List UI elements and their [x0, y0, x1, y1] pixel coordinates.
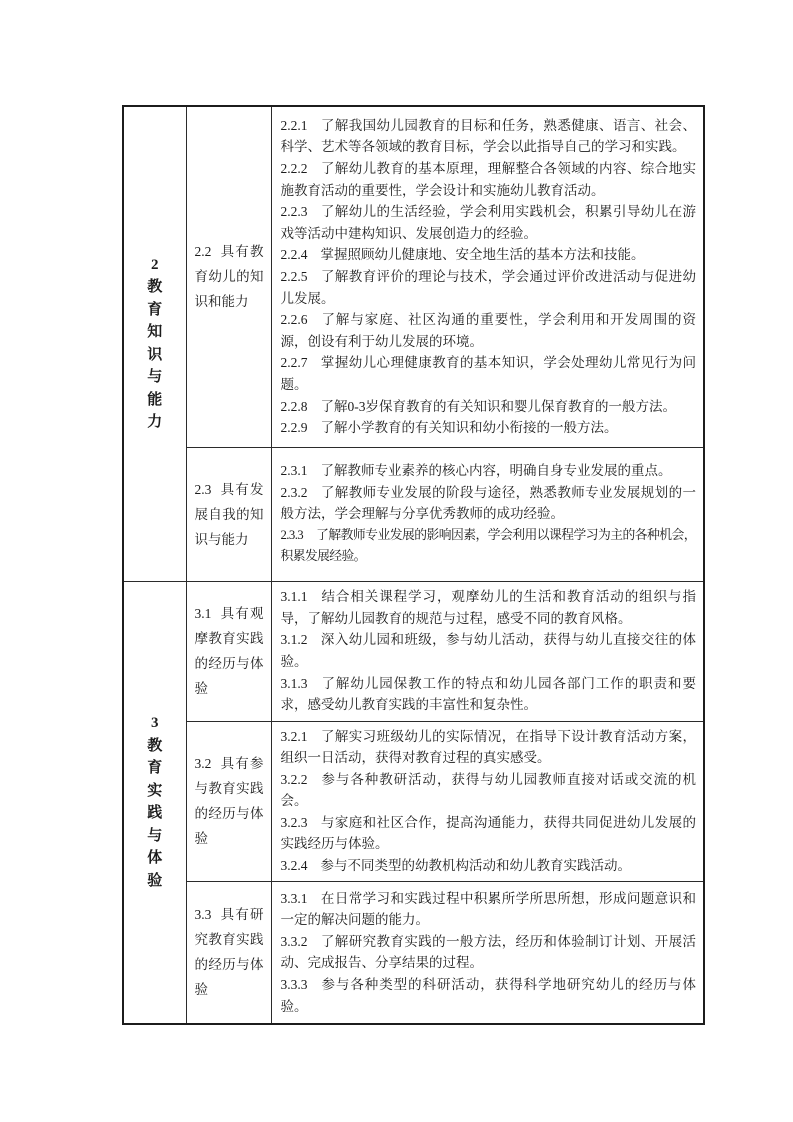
- requirement-code: 3.2.4: [281, 858, 308, 873]
- category-label-3: 3教育实践与体验: [147, 712, 162, 892]
- requirement-code: 3.2.2: [281, 772, 308, 787]
- category-title-char: 力: [147, 411, 162, 434]
- requirement-item-3-2-3: 3.2.3与家庭和社区合作，提高沟通能力，获得共同促进幼儿发展的实践经历与体验。: [281, 812, 697, 855]
- requirements-cell-3-3: 3.3.1在日常学习和实践过程中积累所学所思所想，形成问题意识和一定的解决问题的…: [271, 881, 704, 1024]
- requirement-item-2-2-9: 2.2.9了解小学教育的有关知识和幼小衔接的一般方法。: [281, 417, 697, 439]
- table-row: 3.3具有研究教育实践的经历与体验 3.3.1在日常学习和实践过程中积累所学所思…: [123, 881, 704, 1024]
- table-row: 3.2具有参与教育实践的经历与体验 3.2.1了解实习班级幼儿的实际情况，在指导…: [123, 721, 704, 881]
- category-title-char: 实: [147, 780, 162, 803]
- requirement-item-2-2-2: 2.2.2了解幼儿教育的基本原理，理解整合各领域的内容、综合地实施教育活动的重要…: [281, 158, 697, 201]
- subsection-code: 2.2: [195, 244, 212, 259]
- subsection-code: 3.2: [195, 756, 212, 771]
- requirement-item-3-1-3: 3.1.3了解幼儿园保教工作的特点和幼儿园各部门工作的职责和要求，感受幼儿教育实…: [281, 673, 697, 716]
- subsection-code: 3.3: [195, 907, 212, 922]
- table-row: 3教育实践与体验 3.1具有观摩教育实践的经历与体验 3.1.1结合相关课程学习…: [123, 581, 704, 721]
- subsection-cell-3-1: 3.1具有观摩教育实践的经历与体验: [186, 581, 271, 721]
- requirement-item-3-1-2: 3.1.2深入幼儿园和班级，参与幼儿活动，获得与幼儿直接交往的体验。: [281, 629, 697, 672]
- category-title-char: 践: [147, 802, 162, 825]
- subsection-cell-3-2: 3.2具有参与教育实践的经历与体验: [186, 721, 271, 881]
- requirement-code: 2.2.9: [281, 420, 308, 435]
- requirement-item-3-2-2: 3.2.2参与各种教研活动，获得与幼儿园教师直接对话或交流的机会。: [281, 769, 697, 812]
- requirement-code: 2.2.4: [281, 247, 308, 262]
- category-title-char: 教: [147, 735, 162, 758]
- table-row: 2.3具有发展自我的知识与能力 2.3.1了解教师专业素养的核心内容，明确自身专…: [123, 447, 704, 581]
- subsection-code: 2.3: [195, 482, 212, 497]
- requirement-item-3-1-1: 3.1.1结合相关课程学习，观摩幼儿的生活和教育活动的组织与指导，了解幼儿园教育…: [281, 586, 697, 629]
- requirement-item-2-2-3: 2.2.3了解幼儿的生活经验，学会利用实践机会，积累引导幼儿在游 戏等活动中建构…: [281, 201, 697, 244]
- requirement-code: 3.3.1: [281, 891, 308, 906]
- category-title-char: 教: [147, 276, 162, 299]
- requirement-item-2-3-1: 2.3.1了解教师专业素养的核心内容，明确自身专业发展的重点。: [281, 460, 697, 482]
- requirement-code: 2.2.7: [281, 355, 308, 370]
- category-title-char: 识: [147, 344, 162, 367]
- subsection-code: 3.1: [195, 606, 212, 621]
- requirement-item-2-2-8: 2.2.8了解0-3岁保育教育的有关知识和婴儿保育教育的一般方法。: [281, 396, 697, 418]
- category-title-char: 与: [147, 366, 162, 389]
- requirement-code: 2.3.3: [281, 528, 304, 542]
- category-title-char: 体: [147, 847, 162, 870]
- requirement-code: 3.3.2: [281, 934, 308, 949]
- category-title-char: 与: [147, 825, 162, 848]
- requirement-code: 3.1.3: [281, 676, 308, 691]
- standards-table: 2教育知识与能力 2.2具有教育幼儿的知识和能力 2.2.1了解我国幼儿园教育的…: [122, 105, 705, 1025]
- category-title-char: 知: [147, 321, 162, 344]
- requirement-code: 2.3.2: [281, 485, 308, 500]
- requirement-code: 2.2.1: [281, 118, 308, 133]
- category-cell-3: 3教育实践与体验: [123, 581, 186, 1024]
- requirement-item-2-2-4: 2.2.4掌握照顾幼儿健康地、安全地生活的基本方法和技能。: [281, 244, 697, 266]
- category-label-2: 2教育知识与能力: [147, 254, 162, 434]
- requirement-code: 2.2.5: [281, 269, 308, 284]
- requirement-code: 3.2.1: [281, 729, 308, 744]
- category-title-char: 育: [147, 757, 162, 780]
- subsection-cell-2-2: 2.2具有教育幼儿的知识和能力: [186, 106, 271, 447]
- requirement-item-2-2-1: 2.2.1了解我国幼儿园教育的目标和任务，熟悉健康、语言、社会、科学、艺术等各领…: [281, 115, 697, 158]
- table-row: 2教育知识与能力 2.2具有教育幼儿的知识和能力 2.2.1了解我国幼儿园教育的…: [123, 106, 704, 447]
- category-number: 2: [147, 254, 162, 277]
- requirement-code: 3.1.2: [281, 632, 308, 647]
- category-title-char: 能: [147, 389, 162, 412]
- requirement-item-3-2-1: 3.2.1了解实习班级幼儿的实际情况，在指导下设计教育活动方案，组织一日活动，获…: [281, 726, 697, 769]
- subsection-cell-3-3: 3.3具有研究教育实践的经历与体验: [186, 881, 271, 1024]
- requirement-item-3-3-1: 3.3.1在日常学习和实践过程中积累所学所思所想，形成问题意识和一定的解决问题的…: [281, 888, 697, 931]
- requirement-code: 3.2.3: [281, 815, 308, 830]
- requirement-item-2-3-3: 2.3.3了解教师专业发展的影响因素，学会利用以课程学习为主的各种机会，积累发展…: [281, 525, 697, 568]
- requirement-item-3-3-3: 3.3.3参与各种类型的科研活动，获得科学地研究幼儿的经历与体验。: [281, 974, 697, 1017]
- requirements-cell-3-1: 3.1.1结合相关课程学习，观摩幼儿的生活和教育活动的组织与指导，了解幼儿园教育…: [271, 581, 704, 721]
- requirement-item-3-3-2: 3.3.2了解研究教育实践的一般方法，经历和体验制订计划、开展活动、完成报告、分…: [281, 931, 697, 974]
- requirement-code: 2.3.1: [281, 463, 308, 478]
- requirements-cell-2-2: 2.2.1了解我国幼儿园教育的目标和任务，熟悉健康、语言、社会、科学、艺术等各领…: [271, 106, 704, 447]
- requirement-code: 3.3.3: [281, 977, 308, 992]
- requirement-item-2-2-5: 2.2.5了解教育评价的理论与技术，学会通过评价改进活动与促进幼儿发展。: [281, 266, 697, 309]
- requirement-code: 3.1.1: [281, 589, 308, 604]
- requirement-code: 2.2.3: [281, 204, 308, 219]
- category-cell-2: 2教育知识与能力: [123, 106, 186, 581]
- requirement-code: 2.2.6: [281, 312, 308, 327]
- requirement-code: 2.2.2: [281, 161, 308, 176]
- category-title-char: 育: [147, 299, 162, 322]
- subsection-cell-2-3: 2.3具有发展自我的知识与能力: [186, 447, 271, 581]
- requirement-item-2-2-7: 2.2.7掌握幼儿心理健康教育的基本知识，学会处理幼儿常见行为问题。: [281, 352, 697, 395]
- requirement-item-3-2-4: 3.2.4参与不同类型的幼教机构活动和幼儿教育实践活动。: [281, 855, 697, 877]
- requirements-cell-2-3: 2.3.1了解教师专业素养的核心内容，明确自身专业发展的重点。2.3.2了解教师…: [271, 447, 704, 581]
- requirements-cell-3-2: 3.2.1了解实习班级幼儿的实际情况，在指导下设计教育活动方案，组织一日活动，获…: [271, 721, 704, 881]
- requirement-item-2-3-2: 2.3.2了解教师专业发展的阶段与途径，熟悉教师专业发展规划的一般方法，学会理解…: [281, 482, 697, 525]
- requirement-code: 2.2.8: [281, 399, 308, 414]
- requirement-item-2-2-6: 2.2.6了解与家庭、社区沟通的重要性，学会利用和开发周围的资源，创设有利于幼儿…: [281, 309, 697, 352]
- category-title-char: 验: [147, 870, 162, 893]
- category-number: 3: [147, 712, 162, 735]
